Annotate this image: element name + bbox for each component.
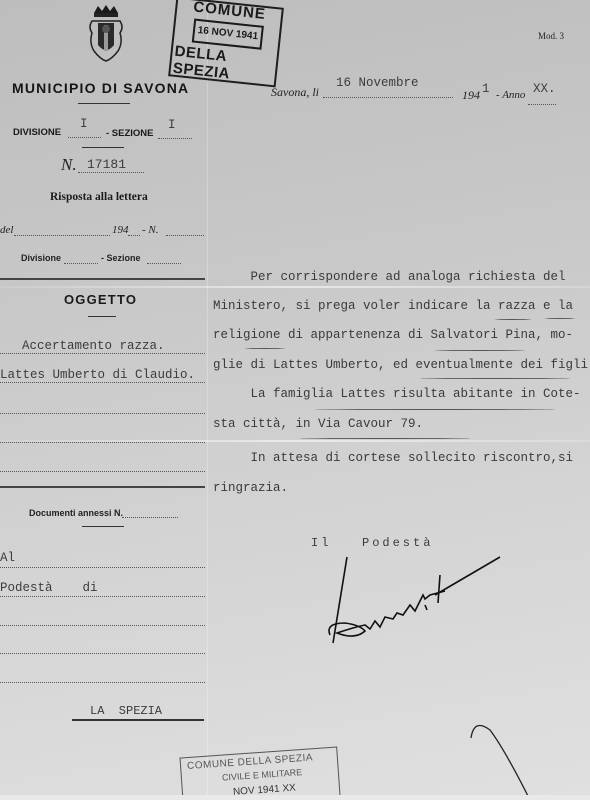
divider [82, 526, 124, 527]
signature-icon [325, 555, 505, 655]
protocol-stamp: COMUNE DELLA SPEZIA CIVILE E MILITARE NO… [179, 747, 340, 800]
signatory-title: Il Podestà [311, 536, 433, 550]
reply-year-label: 194 [112, 224, 129, 236]
document-page: COMUNE 16 NOV 1941 DELLA SPEZIA Mod. 3 M… [0, 0, 590, 800]
dotted-line [78, 172, 144, 173]
section-rule [0, 486, 205, 488]
reply-divisione-label: Divisione [21, 253, 61, 263]
divider [88, 316, 116, 317]
received-stamp: COMUNE 16 NOV 1941 DELLA SPEZIA [168, 0, 284, 87]
dotted-line [128, 235, 140, 236]
dotted-line [0, 567, 205, 568]
dotted-line [166, 235, 204, 236]
pencil-underline [545, 317, 575, 319]
dotted-line [0, 625, 205, 626]
sezione-value: I [168, 118, 176, 132]
coat-of-arms-icon [86, 3, 126, 65]
protocol-label: N. [61, 155, 77, 175]
body-line: La famiglia Lattes risulta abitante in C… [213, 387, 588, 401]
issuer-title: MUNICIPIO DI SAVONA [12, 80, 189, 96]
body-line: religione di appartenenza di Salvatori P… [213, 328, 588, 342]
subject-line-2: Lattes Umberto di Claudio. [0, 368, 195, 382]
dotted-line [64, 263, 98, 264]
dotted-line [14, 235, 110, 236]
protocol-number: 17181 [87, 157, 126, 172]
body-line: In attesa di cortese sollecito riscontro… [213, 451, 588, 465]
recipient-line-1: Al [0, 551, 15, 565]
date-day-month: 16 Novembre [336, 76, 419, 90]
body-line: sta città, in Via Cavour 79. [213, 417, 588, 431]
sezione-label: - SEZIONE [106, 128, 154, 139]
subject-heading: OGGETTO [64, 292, 137, 307]
dotted-line [323, 97, 453, 98]
place-label: Savona, li [271, 85, 319, 100]
pencil-underline [315, 408, 555, 410]
reply-n-label: - N. [142, 224, 159, 236]
pencil-underline [300, 437, 470, 439]
reply-del-label: del [0, 224, 13, 236]
paper-crease [0, 286, 590, 288]
dotted-line [122, 517, 178, 518]
recipient-city: LA SPEZIA [90, 704, 162, 718]
reply-heading: Risposta alla lettera [50, 191, 148, 203]
dotted-line [158, 138, 192, 139]
divisione-label: DIVISIONE [13, 127, 61, 138]
anno-value: XX. [533, 82, 556, 96]
section-rule [0, 278, 205, 280]
dotted-line [0, 596, 205, 597]
anno-label: - Anno [496, 89, 525, 101]
dotted-line [0, 353, 205, 354]
pencil-mark [470, 720, 540, 800]
body-line: Per corrispondere ad analoga richiesta d… [213, 270, 588, 284]
dotted-line [528, 104, 556, 105]
divider [78, 103, 130, 104]
dotted-line [0, 442, 205, 443]
dotted-line [147, 263, 181, 264]
form-code: Mod. 3 [538, 31, 564, 41]
pencil-underline [435, 349, 525, 351]
dotted-line [0, 682, 205, 683]
divider [72, 719, 204, 721]
year-prefix: 194 [462, 88, 480, 103]
pencil-underline [420, 377, 570, 379]
paper-crease [207, 0, 208, 800]
dotted-line [0, 382, 205, 383]
dotted-line [0, 653, 205, 654]
body-line: ringrazia. [213, 481, 588, 495]
pencil-underline [245, 347, 285, 349]
body-line: Ministero, si prega voler indicare la ra… [213, 299, 588, 313]
page-edge [0, 795, 590, 800]
year-suffix: 1 [482, 82, 490, 96]
dotted-line [68, 137, 101, 138]
divisione-value: I [80, 117, 88, 131]
dotted-line [0, 471, 205, 472]
dotted-line [0, 413, 205, 414]
annexes-label: Documenti annessi N. [29, 508, 123, 518]
stamp-text: CIVILE E MILITARE [222, 767, 303, 783]
recipient-line-2: Podestà di [0, 581, 98, 595]
pencil-underline [495, 318, 531, 320]
reply-sezione-label: - Sezione [101, 253, 141, 263]
subject-line-1: Accertamento razza. [22, 339, 165, 353]
divider [82, 147, 124, 148]
body-line: glie di Lattes Umberto, ed eventualmente… [213, 358, 588, 372]
